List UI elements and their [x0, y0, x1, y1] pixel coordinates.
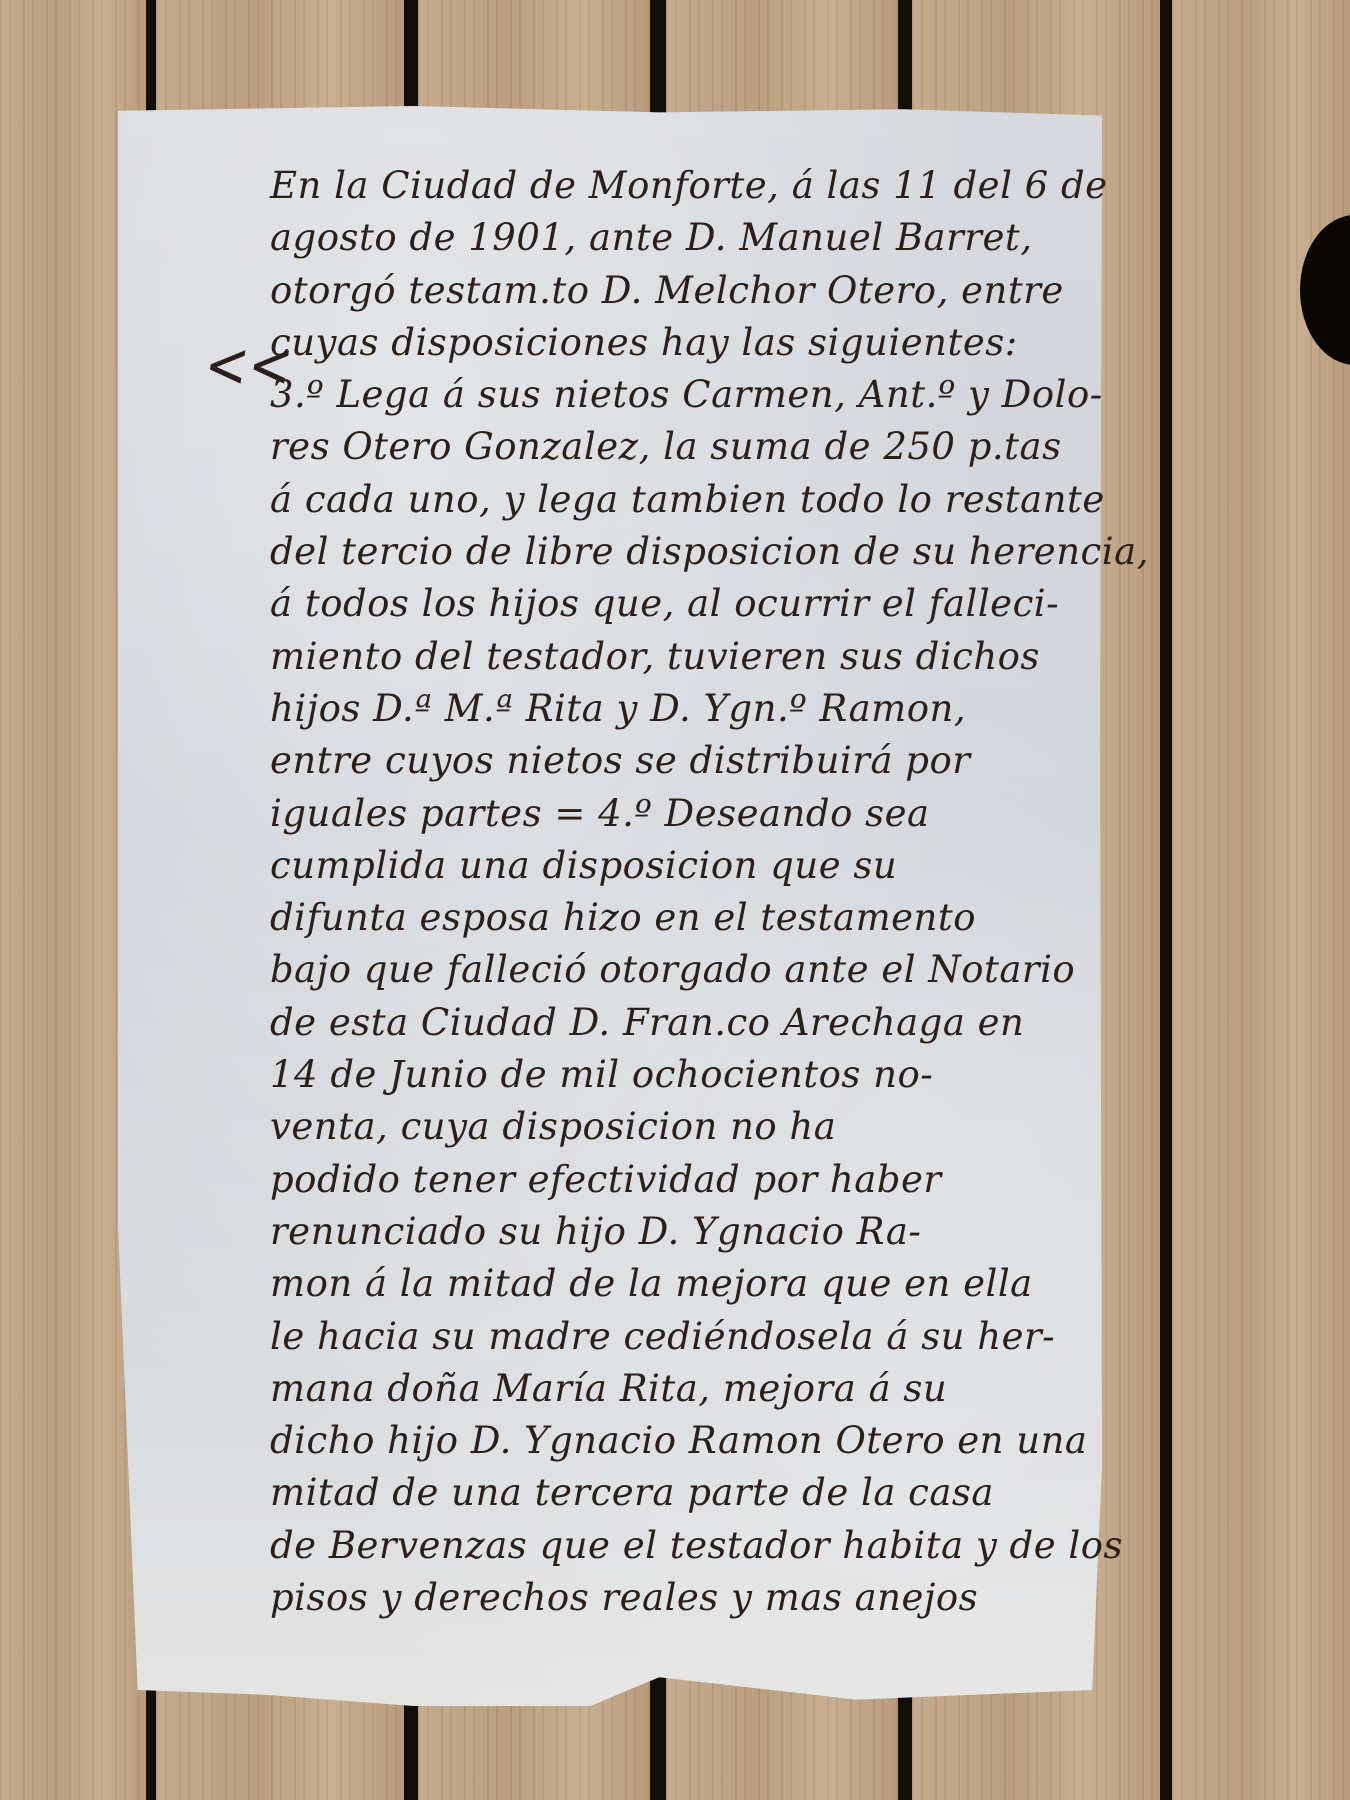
text-line: 3.º Lega á sus nietos Carmen, Ant.º y Do… [270, 369, 1030, 421]
text-line: cuyas disposiciones hay las siguientes: [270, 317, 1030, 369]
text-line: pisos y derechos reales y mas anejos [270, 1572, 1030, 1624]
text-line: á todos los hijos que, al ocurrir el fal… [270, 578, 1030, 630]
text-line: res Otero Gonzalez, la suma de 250 p.tas [270, 421, 1030, 473]
text-line: bajo que falleció otorgado ante el Notar… [270, 944, 1030, 996]
text-line: de Bervenzas que el testador habita y de… [270, 1520, 1030, 1572]
text-line: hijos D.ª M.ª Rita y D. Ygn.º Ramon, [270, 683, 1030, 735]
text-line: otorgó testam.to D. Melchor Otero, entre [270, 265, 1030, 317]
text-line: agosto de 1901, ante D. Manuel Barret, [270, 212, 1030, 264]
text-line: En la Ciudad de Monforte, á las 11 del 6… [270, 160, 1030, 212]
text-line: mana doña María Rita, mejora á su [270, 1363, 1030, 1415]
text-line: dicho hijo D. Ygnacio Ramon Otero en una [270, 1415, 1030, 1467]
text-line: iguales partes = 4.º Deseando sea [270, 788, 1030, 840]
text-line: difunta esposa hizo en el testamento [270, 892, 1030, 944]
text-line: venta, cuya disposicion no ha [270, 1101, 1030, 1153]
text-line: 14 de Junio de mil ochocientos no- [270, 1049, 1030, 1101]
text-line: del tercio de libre disposicion de su he… [270, 526, 1030, 578]
text-line: á cada uno, y lega tambien todo lo resta… [270, 474, 1030, 526]
text-line: mon á la mitad de la mejora que en ella [270, 1258, 1030, 1310]
plank-gap [1160, 0, 1172, 1800]
text-line: le hacia su madre cediéndosela á su her- [270, 1311, 1030, 1363]
text-line: podido tener efectividad por haber [270, 1154, 1030, 1206]
text-line: entre cuyos nietos se distribuirá por [270, 735, 1030, 787]
text-line: renunciado su hijo D. Ygnacio Ra- [270, 1206, 1030, 1258]
text-line: cumplida una disposicion que su [270, 840, 1030, 892]
text-line: miento del testador, tuvieren sus dichos [270, 631, 1030, 683]
text-line: de esta Ciudad D. Fran.co Arechaga en [270, 997, 1030, 1049]
handwritten-text: En la Ciudad de Monforte, á las 11 del 6… [270, 160, 1030, 1624]
text-line: mitad de una tercera parte de la casa [270, 1467, 1030, 1519]
